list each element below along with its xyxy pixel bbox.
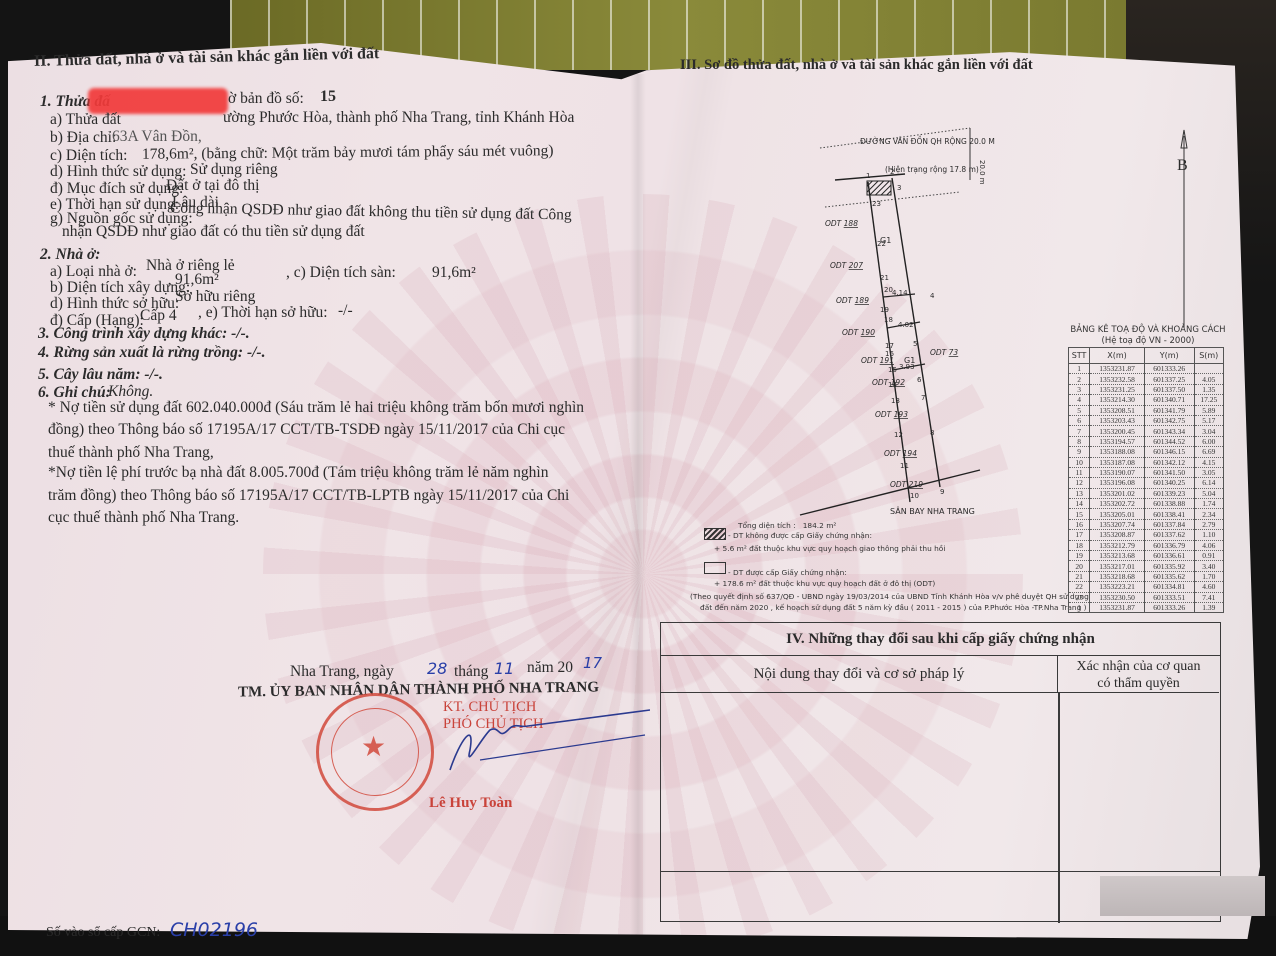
section-3-title: III. Sơ đồ thửa đất, nhà ở và tài sản kh… [680,58,1033,73]
build-area-value: 91,6m² [175,272,219,288]
note-line-2: đồng) theo Thông báo số 17195A/17 CCT/TB… [48,422,565,438]
svg-text:ĐƯỜNG VÂN ĐỒN QH RỘNG 20.0 M: ĐƯỜNG VÂN ĐỒN QH RỘNG 20.0 M [860,136,995,146]
coord-cell: 3.05 [1194,467,1223,477]
coord-row: 161353207.74601337.842.79 [1069,519,1224,529]
coord-cell: 601342.75 [1144,415,1194,425]
usage-purpose-label: đ) Mục đích sử dụng: [50,181,183,197]
coord-cell: 601340.71 [1144,395,1194,405]
svg-text:4.14: 4.14 [892,289,908,297]
svg-text:SÂN BAY NHA TRANG: SÂN BAY NHA TRANG [890,505,975,516]
coord-cell: 1353217.01 [1090,561,1145,571]
coord-cell: 1.74 [1194,499,1223,509]
coord-row: 201353217.01601335.923.40 [1069,561,1224,571]
usage-form-value: Sử dụng riêng [190,162,278,178]
excluded-area-detail: + 5.6 m² đất thuộc khu vực quy hoạch gia… [714,544,945,553]
coord-cell: 4.06 [1194,540,1223,550]
coord-cell: 22 [1069,582,1090,592]
svg-text:9: 9 [940,488,944,496]
signing-day: 28 [427,661,447,677]
coord-table-title: BẢNG KÊ TOẠ ĐỘ VÀ KHOẢNG CÁCH (Hệ toạ độ… [1068,325,1228,346]
svg-text:6: 6 [917,376,922,384]
hatched-swatch-icon [704,528,726,540]
svg-text:ODT 190: ODT 190 [842,328,875,337]
coord-row: 81353194.57601344.526.00 [1069,436,1224,446]
coord-cell: 601337.50 [1144,384,1194,394]
coord-cell: 1353208.51 [1090,405,1145,415]
gcn-register-label: Số vào sổ cấp GCN: [46,926,160,940]
coord-cell: 6 [1069,415,1090,425]
coord-row: 61353203.43601342.755.17 [1069,415,1224,425]
changes-title: IV. Những thay đổi sau khi cấp giấy chứn… [661,623,1220,656]
floor-area-label: , c) Diện tích sàn: [286,265,396,281]
coord-row: 21353232.58601337.254.05 [1069,374,1224,384]
coord-cell: 1353208.87 [1090,530,1145,540]
coord-cell: 1353203.43 [1090,415,1145,425]
coord-cell: 601338.88 [1144,499,1194,509]
coord-cell: 601336.61 [1144,551,1194,561]
build-area-label: b) Diện tích xây dựng: [50,280,190,296]
parcel-plan-diagram: ĐƯỜNG VÂN ĐỒN QH RỘNG 20.0 M (Hiện trạng… [780,120,1080,530]
house-grade-value: Cấp 4 [140,308,177,324]
coord-cell: 5.89 [1194,405,1223,415]
coord-table-subtitle: (Hệ toạ độ VN - 2000) [1068,336,1228,347]
gcn-register-number: CH02196 [170,921,258,940]
coord-cell: 1353212.79 [1090,540,1145,550]
coord-cell: 3 [1069,384,1090,394]
official-red-seal: ★ [316,693,434,811]
svg-text:3: 3 [897,184,901,192]
coord-cell: 601344.52 [1144,436,1194,446]
map-sheet-label: ờ bản đồ số: [228,91,304,107]
svg-text:22: 22 [877,240,886,248]
coord-cell: 0.91 [1194,551,1223,561]
note-line-4: *Nợ tiền lệ phí trước bạ nhà đất 8.005.7… [48,465,548,481]
svg-text:16: 16 [885,350,894,358]
coord-cell: 1353207.74 [1090,519,1145,529]
coord-cell: 1353201.02 [1090,488,1145,498]
parcel-a-value: ường Phước Hòa, thành phố Nha Trang, tỉn… [223,110,574,126]
coord-cell: 601341.50 [1144,467,1194,477]
coord-cell [1194,364,1223,374]
coord-row: 11353231.87601333.261.39 [1069,602,1224,612]
address-label: b) Địa chỉ: [50,130,116,146]
coord-cell: 1353202.72 [1090,499,1145,509]
svg-text:11: 11 [900,462,909,470]
coord-cell: 1353213.68 [1090,551,1145,561]
coord-cell: 5 [1069,405,1090,415]
confirmation-line-2: có thẩm quyền [1058,675,1219,692]
coord-cell: 601338.41 [1144,509,1194,519]
coord-cell: 1.70 [1194,571,1223,581]
ownership-form-value: Sở hữu riêng [175,289,255,305]
perennial-trees: 5. Cây lâu năm: -/-. [38,367,163,383]
origin-value-2: nhận QSDĐ như giao đất có thu tiền sử dụ… [62,224,365,240]
coord-header: S(m) [1194,348,1223,364]
coord-cell: 1353232.58 [1090,374,1145,384]
note-line-3: thuế thành phố Nha Trang, [48,445,214,461]
svg-text:8: 8 [930,429,934,437]
changes-col-content: Nội dung thay đổi và cơ sở pháp lý [661,656,1058,693]
svg-text:18: 18 [884,316,893,324]
coord-cell: 14 [1069,499,1090,509]
coord-cell: 9 [1069,447,1090,457]
coord-cell: 601335.92 [1144,561,1194,571]
coord-cell: 601333.26 [1144,602,1194,612]
coord-cell: 6.69 [1194,447,1223,457]
house-type-label: a) Loại nhà ở: [50,264,137,280]
coord-header: X(m) [1090,348,1145,364]
coord-cell: 3.04 [1194,426,1223,436]
changes-col-confirmation: Xác nhận của cơ quan có thẩm quyền [1058,656,1219,693]
svg-text:1: 1 [866,172,870,180]
coord-row: 131353201.02601339.235.04 [1069,488,1224,498]
decision-reference-2: đất đến năm 2020 , kế hoạch sử dụng đất … [700,603,1087,612]
included-area-label: - DT được cấp Giấy chứng nhận: [728,568,847,577]
other-works: 3. Công trình xây dựng khác: -/-. [38,326,250,342]
note-line-1: * Nợ tiền sử dụng đất 602.040.000đ (Sáu … [48,400,584,416]
north-label: B [1177,158,1188,174]
coord-cell: 1353194.57 [1090,436,1145,446]
svg-text:13: 13 [891,397,900,405]
empty-swatch-icon [704,562,726,574]
coord-cell: 601336.79 [1144,540,1194,550]
coord-cell: 601341.79 [1144,405,1194,415]
coord-cell: 1353190.07 [1090,467,1145,477]
coord-cell: 1353187.08 [1090,457,1145,467]
coord-cell: 23 [1069,592,1090,602]
svg-text:4.02: 4.02 [898,321,914,329]
svg-text:12: 12 [894,431,903,439]
svg-text:5: 5 [913,340,917,348]
svg-text:ODT 193: ODT 193 [875,410,908,419]
svg-text:20: 20 [884,286,893,294]
coord-cell: 15 [1069,509,1090,519]
svg-text:ODT 194: ODT 194 [884,449,917,458]
coord-row: 181353212.79601336.794.06 [1069,540,1224,550]
paper-corner-shadow [1100,876,1265,916]
coord-row: 231353230.50601333.517.41 [1069,592,1224,602]
coord-cell: 18 [1069,540,1090,550]
note-value: Không. [108,384,153,400]
note-line-6: cục thuế thành phố Nha Trang. [48,510,239,526]
coord-cell: 601333.51 [1144,592,1194,602]
signer-name: Lê Huy Toàn [429,796,512,811]
coord-header: STT [1069,348,1090,364]
floor-area-value: 91,6m² [432,265,476,281]
coord-row: 11353231.87601333.26 [1069,364,1224,374]
coord-row: 41353214.30601340.7117.25 [1069,395,1224,405]
svg-text:ODT 219: ODT 219 [890,480,923,489]
coord-cell: 1353214.30 [1090,395,1145,405]
coord-cell: 1353231.25 [1090,384,1145,394]
coord-cell: 10 [1069,457,1090,467]
coord-cell: 601335.62 [1144,571,1194,581]
star-icon: ★ [361,730,386,764]
coord-cell: 1353188.08 [1090,447,1145,457]
signing-place: Nha Trang, ngày [290,664,394,680]
svg-text:14: 14 [888,381,897,389]
signing-year: 17 [583,656,602,671]
coord-row: 141353202.72601338.881.74 [1069,499,1224,509]
coord-cell: 601337.62 [1144,530,1194,540]
address-value: 63A Vân Đồn, [112,129,202,145]
coord-cell: 1353200.45 [1090,426,1145,436]
coord-cell: 5.04 [1194,488,1223,498]
coord-row: 191353213.68601336.610.91 [1069,551,1224,561]
svg-text:ODT 188: ODT 188 [825,219,858,228]
coord-cell: 1.35 [1194,384,1223,394]
coord-cell: 1.39 [1194,602,1223,612]
coord-cell: 601337.84 [1144,519,1194,529]
coord-cell: 601343.34 [1144,426,1194,436]
coord-cell: 4.60 [1194,582,1223,592]
coord-cell: 1353231.87 [1090,364,1145,374]
coord-cell: 2 [1069,374,1090,384]
coord-row: 171353208.87601337.621.10 [1069,530,1224,540]
house-heading: 2. Nhà ở: [40,247,100,263]
coord-cell: 8 [1069,436,1090,446]
coord-cell: 4.05 [1194,374,1223,384]
svg-text:23: 23 [872,200,881,208]
changes-divider [1058,693,1060,923]
area-label: c) Diện tích: [50,148,127,164]
usage-purpose-value: Đất ở tại đô thị [166,178,259,194]
coord-row: 71353200.45601343.343.04 [1069,426,1224,436]
coord-cell: 601333.26 [1144,364,1194,374]
total-area-label: Tổng diện tích : [738,521,796,530]
coord-row: 151353205.01601338.412.34 [1069,509,1224,519]
svg-text:21: 21 [880,274,889,282]
decision-reference-1: (Theo quyết định số 637/QĐ - UBND ngày 1… [690,592,1089,601]
coord-cell: 601337.25 [1144,374,1194,384]
svg-text:15: 15 [888,366,897,374]
coord-header: Y(m) [1144,348,1194,364]
parcel-a-label: a) Thửa đất [50,112,121,128]
coord-cell: 17.25 [1194,395,1223,405]
svg-text:(Hiện trạng rộng 17.8 m): (Hiện trạng rộng 17.8 m) [885,165,979,174]
coord-cell: 6.00 [1194,436,1223,446]
coord-cell: 4.15 [1194,457,1223,467]
coord-cell: 1353230.50 [1090,592,1145,602]
signing-month: 11 [494,661,514,677]
note-line-5: trăm đồng) theo Thông báo số 17195A/17 C… [48,488,569,504]
signature [420,700,650,780]
svg-text:10: 10 [910,492,919,500]
ownership-term-label: , e) Thời hạn sở hữu: [198,305,328,321]
ownership-term-value: -/- [338,303,353,319]
coord-row: 121353196.08601340.256.14 [1069,478,1224,488]
planted-forest: 4. Rừng sản xuất là rừng trồng: -/-. [38,345,265,361]
coordinate-table: STTX(m)Y(m)S(m) 11353231.87601333.262135… [1068,347,1224,613]
coord-cell: 13 [1069,488,1090,498]
svg-text:2: 2 [890,168,894,176]
svg-text:ODT 207: ODT 207 [830,261,863,270]
svg-text:7: 7 [921,394,925,402]
coord-cell: 1 [1069,364,1090,374]
month-label: tháng [454,664,488,680]
coord-cell: 3.40 [1194,561,1223,571]
coord-table-heading: BẢNG KÊ TOẠ ĐỘ VÀ KHOẢNG CÁCH [1068,325,1228,336]
coord-cell: 20 [1069,561,1090,571]
coord-cell: 601339.23 [1144,488,1194,498]
coord-cell: 5.17 [1194,415,1223,425]
coord-row: 211353218.68601335.621.70 [1069,571,1224,581]
page-fold [630,74,646,954]
area-value: 178,6m², (bằng chữ: Một trăm bảy mươi tá… [142,143,554,162]
coord-cell: 1353205.01 [1090,509,1145,519]
confirmation-line-1: Xác nhận của cơ quan [1058,658,1219,675]
coord-cell: 17 [1069,530,1090,540]
coord-row: 51353208.51601341.795.89 [1069,405,1224,415]
coord-cell: 7 [1069,426,1090,436]
coord-cell: 6.14 [1194,478,1223,488]
coord-cell: 7.41 [1194,592,1223,602]
coord-row: 221353223.21601334.814.60 [1069,582,1224,592]
coord-cell: 1353231.87 [1090,602,1145,612]
coord-cell: 21 [1069,571,1090,581]
coord-cell: 601334.81 [1144,582,1194,592]
changes-row-line [661,871,1220,872]
coord-cell: 16 [1069,519,1090,529]
coord-cell: 12 [1069,478,1090,488]
svg-text:3.93: 3.93 [899,363,915,371]
coord-cell: 2.34 [1194,509,1223,519]
coord-cell: 1353196.08 [1090,478,1145,488]
coord-row: 111353190.07601341.503.05 [1069,467,1224,477]
svg-text:19: 19 [880,306,889,314]
included-area-detail: + 178.6 m² đất thuộc khu vực quy hoạch đ… [714,579,935,588]
coord-cell: 601346.15 [1144,447,1194,457]
coord-row: 31353231.25601337.501.35 [1069,384,1224,394]
coord-cell: 1 [1069,602,1090,612]
coord-row: 91353188.08601346.156.69 [1069,447,1224,457]
coord-cell: 2.79 [1194,519,1223,529]
svg-text:17: 17 [885,342,894,350]
total-area-value: 184.2 m² [803,521,837,530]
coord-row: 101353187.08601342.124.15 [1069,457,1224,467]
year-label: năm 20 [527,660,573,676]
coord-cell: 1353223.21 [1090,582,1145,592]
svg-text:ODT 73: ODT 73 [930,348,958,357]
svg-text:20.0 m: 20.0 m [978,160,986,185]
map-sheet-number: 15 [320,89,336,105]
svg-text:4: 4 [930,292,935,300]
coord-cell: 1.10 [1194,530,1223,540]
coord-cell: 601342.12 [1144,457,1194,467]
coord-cell: 1353218.68 [1090,571,1145,581]
coord-cell: 4 [1069,395,1090,405]
coord-cell: 19 [1069,551,1090,561]
svg-text:ODT 189: ODT 189 [836,296,869,305]
coord-cell: 601340.25 [1144,478,1194,488]
excluded-area-label: - DT không được cấp Giấy chứng nhận: [728,531,872,540]
coord-cell: 11 [1069,467,1090,477]
